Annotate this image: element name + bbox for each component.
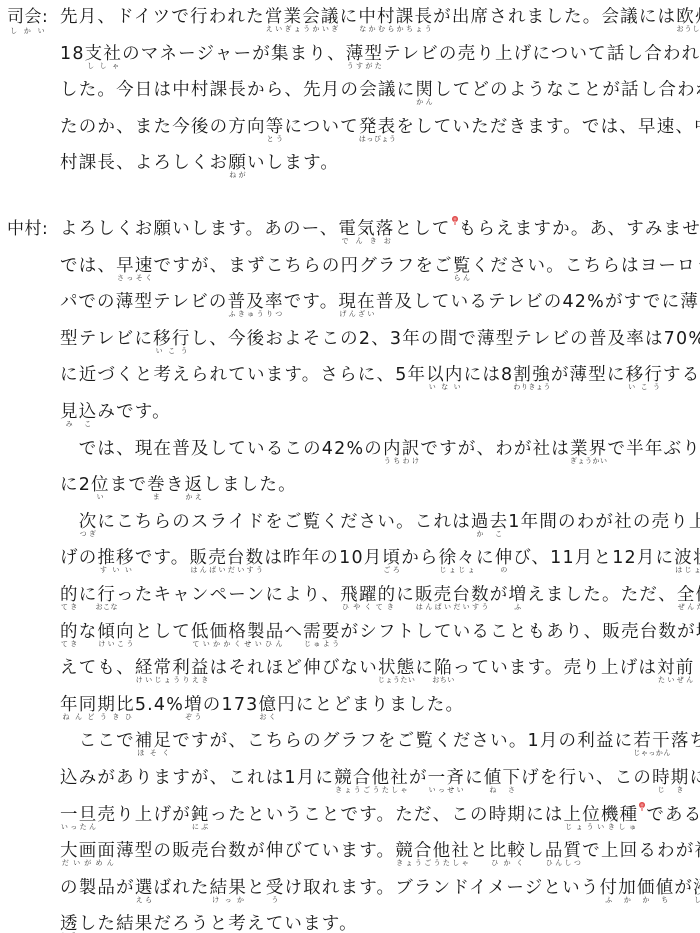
text-line: 年同期比ねんどうきひ5.4%増ぞうの173億おく円にとどまりました。 — [60, 694, 690, 720]
kanji-text: 中村課長 — [358, 7, 433, 27]
kanji-text: 増 — [509, 585, 528, 605]
kanji-text: 行 — [96, 585, 118, 605]
text-segment: たのか、また今後の方向 — [60, 117, 266, 137]
text-segment: は昨年の10月 — [264, 548, 382, 568]
furigana-reading: でんきお — [338, 237, 394, 245]
furigana-reading: わりきょう — [513, 383, 551, 391]
furigana-reading: ぜんたい — [677, 603, 700, 611]
text-segment: け取れます。ブランドイメージという — [284, 878, 599, 898]
furigana-word: 年同期比ねんどうきひ — [60, 695, 135, 715]
furigana-word: 鈍にぶ — [191, 805, 210, 825]
text-segment: では、 — [60, 256, 116, 276]
text-segment: げを行い、この — [521, 768, 652, 788]
text-segment: えました。ただ、 — [527, 585, 677, 605]
furigana-reading: ひやくてき — [340, 603, 396, 611]
furigana-reading: しん — [693, 896, 700, 904]
text-segment: について — [284, 117, 358, 137]
text-line: ここで補足ほそくですが、こちらのグラフをご覧ください。1月の利益に若干じゃっかん… — [60, 730, 690, 756]
text-line: に近づくと考えられています。さらに、5年以内いないには8割強わりきょうが薄型に移… — [60, 364, 690, 390]
furigana-reading: つぎ — [79, 530, 98, 538]
furigana-reading: ふ — [509, 603, 528, 611]
furigana-word: 飛躍的ひやくてき — [340, 585, 396, 605]
kanji-text: 付加価値 — [600, 878, 675, 898]
furigana-word: 補足ほそく — [135, 731, 172, 751]
furigana-word: 欧州内おうしゅうない — [676, 7, 700, 27]
text-segment: パでの薄型テレビの — [60, 292, 228, 312]
furigana-word: 願ねが — [228, 153, 247, 173]
text-segment: した。今日は中村課長から、先月の会議に — [60, 80, 415, 100]
furigana-reading: ねんどうきひ — [60, 713, 135, 721]
furigana-word: 覧らん — [453, 256, 472, 276]
text-line: 一旦いったん売り上げが鈍にぶったということです。ただ、この時期には上位機種じょう… — [60, 804, 690, 830]
furigana-word: 返かえ — [185, 475, 204, 495]
text-segment: えても、 — [60, 658, 135, 678]
text-segment: はそれほど伸びない — [210, 658, 378, 678]
text-segment: しました。 — [203, 475, 297, 495]
furigana-word: 大画面だいがめん — [60, 841, 116, 861]
furigana-reading: にぶ — [191, 823, 210, 831]
text-line: に2位いまで巻まき返かえしました。 — [60, 474, 690, 500]
furigana-word: 透とう — [60, 914, 79, 933]
kanji-text: 結果 — [210, 878, 247, 898]
furigana-word: 競合他社きょうごうたしゃ — [395, 841, 470, 861]
furigana-word: 結果けっか — [210, 878, 247, 898]
text-segment: として — [395, 219, 451, 239]
text-segment: にこちらのスライドをご覧ください。これは — [97, 512, 470, 532]
furigana-word: 浸しん — [693, 878, 700, 898]
furigana-reading: ひんしつ — [545, 859, 582, 867]
text-segment: テレビの売り上げについて話し合われま — [383, 44, 700, 64]
text-segment: よろしくお願いします。あのー、 — [60, 219, 338, 239]
text-segment: をしていただきます。では、早速、中 — [396, 117, 700, 137]
text-segment — [60, 512, 79, 532]
furigana-reading: きょうごうたしゃ — [334, 786, 409, 794]
furigana-reading: えら — [135, 896, 154, 904]
furigana-reading: じょうたい — [378, 676, 416, 684]
text-segment: のマネージャーが集まり、 — [122, 44, 346, 64]
text-segment: 売り上げが — [97, 805, 191, 825]
text-segment: もらえますか。あ、すみません。 — [459, 219, 700, 239]
kanji-text: 電気落 — [338, 219, 394, 239]
furigana-word: 支社ししゃ — [85, 44, 122, 64]
annotation-marker-icon[interactable] — [639, 802, 645, 811]
speaker-label: 中村: — [7, 218, 48, 240]
furigana-reading: いこう — [626, 383, 663, 391]
text-segment: みです。 — [97, 402, 170, 422]
furigana-word: 電気落でんきお — [338, 219, 394, 239]
furigana-word: 全体ぜんたい — [677, 585, 700, 605]
furigana-reading: けいこう — [97, 640, 134, 648]
furigana-reading: ぞう — [184, 713, 203, 721]
furigana-word: 値下ねさ — [484, 768, 521, 788]
text-line: の製品が選えらばれた結果けっかと受うけ取れます。ブランドイメージという付加価値ふ… — [60, 877, 690, 903]
text-line: よろしくお願いします。あのー、電気落でんきおとしてもらえますか。あ、すみません。 — [60, 218, 690, 244]
furigana-reading: みこ — [60, 420, 97, 428]
text-segment: っています。売り上げは — [453, 658, 657, 678]
furigana-reading: いこう — [153, 347, 190, 355]
text-segment: には8 — [464, 365, 514, 385]
furigana-reading: ひかく — [489, 859, 526, 867]
furigana-word: 競合他社きょうごうたしゃ — [334, 768, 409, 788]
furigana-reading: えいぎょうかいぎ — [265, 25, 340, 33]
furigana-reading: けっか — [210, 896, 247, 904]
kanji-text: 一斉 — [428, 768, 465, 788]
furigana-word: 巻ま — [147, 475, 166, 495]
furigana-reading: すいい — [97, 566, 134, 574]
furigana-reading: ししゃ — [85, 62, 122, 70]
furigana-word: 傾向けいこう — [97, 622, 134, 642]
furigana-reading: じゅよう — [303, 640, 340, 648]
furigana-reading: かん — [415, 98, 434, 106]
furigana-reading: ふきゅうりつ — [228, 310, 284, 318]
text-segment: に — [340, 7, 359, 27]
furigana-word: 普及率ふきゅうりつ — [228, 292, 284, 312]
kanji-text: 覧 — [453, 256, 472, 276]
kanji-text: 販売台数 — [415, 585, 490, 605]
text-line: では、現在普及しているこの42%の内訳うちわけですが、わが社は業界ぎょうかいで半… — [60, 438, 690, 464]
furigana-reading: げんざい — [338, 310, 375, 318]
text-segment: 村課長、よろしくお — [60, 153, 228, 173]
furigana-reading: てき — [60, 603, 79, 611]
furigana-word: 伸の — [495, 548, 514, 568]
furigana-word: 選えら — [135, 878, 154, 898]
kanji-text: 次 — [79, 512, 98, 532]
text-segment: まで — [110, 475, 147, 495]
furigana-word: 割強わりきょう — [513, 365, 550, 385]
kanji-text: 鈍 — [191, 805, 210, 825]
text-segment: と — [470, 841, 489, 861]
kanji-text: 需要 — [303, 622, 340, 642]
text-line: した。今日は中村課長から、先月の会議に関かんしてどのようなことが話し合われ — [60, 79, 690, 105]
furigana-reading: とう — [266, 135, 285, 143]
furigana-word: 状態じょうたい — [378, 658, 415, 678]
furigana-word: 薄型うすがた — [346, 44, 383, 64]
text-segment: に近づくと考えられています。さらに、5年 — [60, 365, 426, 385]
text-segment: いします。 — [247, 153, 339, 173]
furigana-word: 現在げんざい — [338, 292, 375, 312]
furigana-reading: じき — [652, 786, 689, 794]
text-segment: ですが、わが社は — [420, 439, 570, 459]
furigana-word: 陥おちい — [434, 658, 453, 678]
text-segment: 円にとどまりました。 — [277, 695, 464, 715]
text-segment: ください。こちらはヨーロッ — [471, 256, 700, 276]
text-line: えても、経常利益けいじょうりえきはそれほど伸びない状態じょうたいに陥おちいってい… — [60, 657, 690, 683]
text-line: 込みがありますが、これは1月に競合他社きょうごうたしゃが一斉いっせいに値下ねさげ… — [60, 767, 690, 793]
kanji-text: 値下 — [484, 768, 521, 788]
text-segment: する — [663, 365, 700, 385]
kanji-text: 透 — [60, 914, 79, 933]
text-segment: 1年間のわが社の売り上 — [508, 512, 700, 532]
kanji-text: 年同期比 — [60, 695, 135, 715]
text-segment: が出席されました。会議には — [433, 7, 676, 27]
speaker-name: 司会: — [7, 7, 48, 27]
furigana-reading: じょういきしゅ — [564, 823, 639, 831]
kanji-text: 的 — [60, 585, 79, 605]
furigana-word: 億おく — [258, 695, 277, 715]
kanji-text: 過去 — [471, 512, 508, 532]
text-segment: 型テレビに — [60, 329, 153, 349]
kanji-text: 低価格製品 — [191, 622, 285, 642]
furigana-word: 比較ひかく — [489, 841, 526, 861]
text-line: 的てきに行おこなったキャンペーンにより、飛躍的ひやくてきに販売台数はんばいだいす… — [60, 584, 690, 610]
text-line: 大画面だいがめん薄型の販売台数が伸びています。競合他社きょうごうたしゃと比較ひか… — [60, 840, 690, 866]
text-segment: が — [409, 768, 428, 788]
furigana-reading: はっぴょう — [359, 135, 397, 143]
kanji-text: 上位機種 — [564, 805, 639, 825]
furigana-reading: う — [266, 896, 285, 904]
kanji-text: 支社 — [85, 44, 122, 64]
furigana-word: 次つぎ — [79, 512, 98, 532]
text-segment: ですが、こちらのグラフをご覧ください。1月の利益に — [172, 731, 633, 751]
text-segment: へ — [284, 622, 303, 642]
furigana-reading: いったん — [60, 823, 97, 831]
furigana-reading: ていかかくせいひん — [191, 640, 285, 648]
kanji-text: 競合他社 — [334, 768, 409, 788]
furigana-word: 品質ひんしつ — [545, 841, 582, 861]
furigana-reading: ねさ — [484, 786, 521, 794]
text-segment: がシフトしていることもあり、販売台数が増 — [341, 622, 700, 642]
kanji-text: 内訳 — [383, 439, 420, 459]
text-segment: で半年ぶり — [607, 439, 700, 459]
furigana-word: 関かん — [415, 80, 434, 100]
kanji-text: 営業会議 — [265, 7, 340, 27]
speaker-ruby: しかい — [7, 27, 48, 35]
furigana-reading: たいぜん — [657, 676, 694, 684]
text-segment: である — [646, 805, 700, 825]
text-segment: の173 — [203, 695, 259, 715]
furigana-reading: おく — [258, 713, 277, 721]
furigana-reading: はじょう — [674, 566, 700, 574]
furigana-reading: なかむらかちょう — [358, 25, 433, 33]
furigana-reading: いない — [426, 383, 463, 391]
text-segment: ですが、まずこちらの円グラフをご — [154, 256, 453, 276]
text-segment: と — [247, 878, 266, 898]
kanji-text: 見込 — [60, 402, 97, 422]
kanji-text: 薄型 — [346, 44, 383, 64]
furigana-reading: てき — [60, 640, 79, 648]
text-segment: 18 — [60, 44, 85, 64]
text-segment: してどのようなことが話し合われ — [434, 80, 700, 100]
furigana-word: 販売台数はんばいだいすう — [415, 585, 490, 605]
text-segment: し、今後およそこの2、3年の間で薄型テレビの普及率は70% — [191, 329, 700, 349]
furigana-word: 一旦いったん — [60, 805, 97, 825]
furigana-reading: おこな — [96, 603, 119, 611]
speaker-name: 中村: — [7, 219, 48, 239]
text-segment: から — [401, 548, 438, 568]
furigana-word: 対前たいぜん — [657, 658, 694, 678]
text-line: 透とうした結果だろうと考えています。 — [60, 913, 690, 933]
text-segment: に — [396, 585, 415, 605]
kanji-text: 選 — [135, 878, 154, 898]
text-segment: です。 — [284, 292, 339, 312]
document-page: 司会:しかい 先月、ドイツで行われた営業会議えいぎょうかいぎに中村課長なかむらか… — [0, 0, 700, 933]
furigana-word: 経常利益けいじょうりえき — [135, 658, 210, 678]
furigana-word: 若干じゃっかん — [633, 731, 670, 751]
text-line: 的てきな傾向けいこうとして低価格製品ていかかくせいひんへ需要じゅようがシフトして… — [60, 621, 690, 647]
furigana-reading: きょうごうたしゃ — [395, 859, 470, 867]
furigana-word: 的てき — [60, 585, 79, 605]
kanji-text: 増 — [184, 695, 203, 715]
furigana-reading: はんばいだいすう — [415, 603, 490, 611]
kanji-text: 受 — [266, 878, 285, 898]
furigana-word: 時期じき — [652, 768, 689, 788]
text-line: たのか、また今後の方向等とうについて発表はっぴょうをしていただきます。では、早速… — [60, 116, 690, 142]
furigana-word: 業界ぎょうかい — [570, 439, 607, 459]
text-segment: 先月、ドイツで行われた — [60, 7, 265, 27]
text-line: 見込みこみです。 — [60, 401, 690, 427]
text-segment: ここで — [60, 731, 135, 751]
text-segment: き — [166, 475, 185, 495]
furigana-word: 過去かこ — [471, 512, 508, 532]
furigana-word: 頃ごろ — [383, 548, 402, 568]
text-segment: した結果だろうと考えています。 — [79, 914, 358, 933]
furigana-reading: ふかかち — [600, 896, 675, 904]
furigana-word: 発表はっぴょう — [359, 117, 396, 137]
furigana-reading: うちわけ — [383, 457, 420, 465]
text-line: 先月、ドイツで行われた営業会議えいぎょうかいぎに中村課長なかむらかちょうが出席さ… — [60, 6, 690, 32]
furigana-reading: うすがた — [346, 62, 383, 70]
kanji-text: 飛躍的 — [340, 585, 396, 605]
kanji-text: 全体 — [677, 585, 700, 605]
kanji-text: 億 — [258, 695, 277, 715]
text-segment: に — [465, 768, 484, 788]
annotation-marker-icon[interactable] — [452, 216, 458, 225]
furigana-reading: じゃっかん — [633, 749, 671, 757]
text-segment: です。 — [135, 548, 190, 568]
furigana-reading: いっせい — [428, 786, 465, 794]
text-line: では、早速さっそくですが、まずこちらの円グラフをご覧らんください。こちらはヨーロ… — [60, 255, 690, 281]
text-line: パでの薄型テレビの普及率ふきゅうりつです。現在げんざい普及しているテレビの42%… — [60, 291, 690, 317]
furigana-word: 需要じゅよう — [303, 622, 340, 642]
furigana-word: 行おこな — [97, 585, 116, 605]
speaker-label: 司会:しかい — [7, 6, 48, 34]
kanji-text: 一旦 — [60, 805, 97, 825]
furigana-word: 徐々じょじょ — [439, 548, 476, 568]
furigana-reading: けいじょうりえき — [135, 676, 210, 684]
furigana-reading: ごろ — [383, 566, 402, 574]
furigana-word: 中村課長なかむらかちょう — [358, 7, 433, 27]
kanji-text: 移行 — [153, 329, 190, 349]
text-segment: が — [674, 878, 693, 898]
text-line: 型テレビに移行いこうし、今後およそこの2、3年の間で薄型テレビの普及率は70% — [60, 328, 690, 354]
kanji-text: 発表 — [359, 117, 396, 137]
furigana-reading: おうしゅうない — [676, 25, 700, 33]
text-segment: げの — [60, 548, 97, 568]
text-segment: 薄型の販売台数が伸びています。 — [116, 841, 395, 861]
kanji-text: 傾向 — [97, 622, 134, 642]
kanji-text: 的 — [60, 622, 79, 642]
kanji-text: 浸 — [693, 878, 700, 898]
furigana-reading: ねが — [228, 171, 247, 179]
furigana-word: 波状はじょう — [674, 548, 700, 568]
furigana-reading: さっそく — [116, 274, 153, 282]
text-line: 村課長、よろしくお願ねがいします。 — [60, 152, 690, 178]
kanji-text: 早速 — [116, 256, 153, 276]
text-segment: 5.4% — [135, 695, 184, 715]
furigana-word: 上位機種じょういきしゅ — [564, 805, 639, 825]
furigana-word: 以内いない — [426, 365, 463, 385]
furigana-reading: かこ — [471, 530, 508, 538]
text-segment: 込みがありますが、これは1月に — [60, 768, 334, 788]
text-segment: に2 — [60, 475, 91, 495]
text-line: 次つぎにこちらのスライドをご覧ください。これは過去かこ1年間のわが社の売り上 — [60, 511, 690, 537]
furigana-reading: じょじょ — [439, 566, 476, 574]
furigana-reading: い — [91, 493, 110, 501]
text-segment: ばれた — [154, 878, 210, 898]
furigana-reading: の — [495, 566, 514, 574]
furigana-word: 等とう — [266, 117, 285, 137]
text-segment: に — [476, 548, 495, 568]
furigana-word: 付加価値ふかかち — [600, 878, 675, 898]
furigana-reading: だいがめん — [60, 859, 116, 867]
text-segment: の製品が — [60, 878, 135, 898]
text-segment: として — [135, 622, 191, 642]
furigana-word: 見込みこ — [60, 402, 97, 422]
text-line: 18支社ししゃのマネージャーが集まり、薄型うすがたテレビの売り上げについて話し合… — [60, 43, 690, 69]
furigana-word: 内訳うちわけ — [383, 439, 420, 459]
furigana-word: 早速さっそく — [116, 256, 153, 276]
text-segment: で上回るわが社 — [582, 841, 700, 861]
text-segment: ったキャンペーンにより、 — [116, 585, 340, 605]
furigana-reading: ぎょうかい — [570, 457, 608, 465]
furigana-word: 受う — [266, 878, 285, 898]
text-segment: 落ち — [671, 731, 700, 751]
furigana-word: 推移すいい — [97, 548, 134, 568]
furigana-word: 一斉いっせい — [428, 768, 465, 788]
furigana-reading: おちい — [432, 676, 455, 684]
text-segment: が — [490, 585, 509, 605]
kanji-text: 時期 — [652, 768, 689, 788]
furigana-reading: ほそく — [135, 749, 172, 757]
furigana-reading: はんばいだいすう — [190, 566, 265, 574]
text-line: げの推移すいいです。販売台数はんばいだいすうは昨年の10月頃ごろから徐々じょじょ… — [60, 547, 690, 573]
kanji-text: 欧州内 — [676, 7, 700, 27]
furigana-word: 低価格製品ていかかくせいひん — [191, 622, 285, 642]
kanji-text: 等 — [266, 117, 285, 137]
text-segment: が薄型に — [551, 365, 626, 385]
furigana-word: 位い — [91, 475, 110, 495]
furigana-reading: らん — [453, 274, 472, 282]
kanji-text: 業界 — [570, 439, 607, 459]
furigana-word: 増ぞう — [184, 695, 203, 715]
text-segment: では、現在普及しているこの42%の — [60, 439, 383, 459]
furigana-word: 的てき — [60, 622, 79, 642]
text-segment: 普及しているテレビの42%がすでに薄 — [376, 292, 699, 312]
furigana-reading: ま — [147, 493, 166, 501]
furigana-word: 増ふ — [509, 585, 528, 605]
text-segment: し — [526, 841, 545, 861]
furigana-word: 販売台数はんばいだいすう — [190, 548, 265, 568]
text-segment: び、11月と12月に — [513, 548, 674, 568]
furigana-word: 移行いこう — [153, 329, 190, 349]
furigana-word: 営業会議えいぎょうかいぎ — [265, 7, 340, 27]
text-segment: に — [689, 768, 700, 788]
text-segment: な — [79, 622, 98, 642]
furigana-reading: かえ — [185, 493, 204, 501]
furigana-word: 移行いこう — [626, 365, 663, 385]
text-segment: ったということです。ただ、この時期には — [210, 805, 564, 825]
